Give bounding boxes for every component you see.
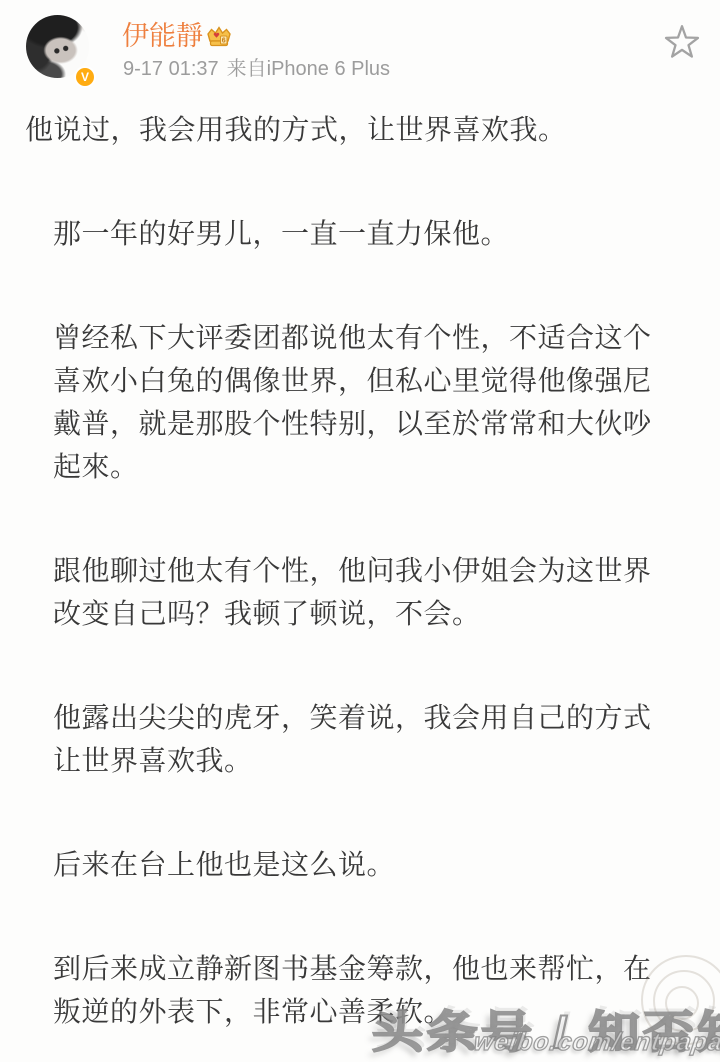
weibo-post-card: V 伊能靜 6 9-17 01:37来自iPhone 6 Plus 他说过，我会…: [0, 0, 720, 1062]
verified-v-icon: V: [74, 66, 96, 88]
favorite-star-icon[interactable]: [661, 21, 703, 63]
vip-crown-icon: 6: [206, 25, 232, 49]
post-header: V 伊能靜 6 9-17 01:37来自iPhone 6 Plus: [0, 0, 720, 108]
paragraph: 曾经私下大评委团都说他太有个性，不适合这个 喜欢小白兔的偶像世界，但私心里觉得他…: [53, 316, 690, 488]
timestamp: 9-17 01:37: [123, 58, 219, 80]
paragraph: 那一年的好男儿，一直一直力保他。: [53, 212, 690, 255]
paragraph: 跟他聊过他太有个性，他问我小伊姐会为这世界 改变自己吗？我顿了顿说，不会。: [53, 549, 690, 635]
paragraph: 后来在台上他也是这么说。: [53, 843, 690, 886]
paragraph: 他说过，我会用我的方式，让世界喜欢我。: [25, 108, 690, 151]
paragraph: 他露出尖尖的虎牙，笑着说，我会用自己的方式 让世界喜欢我。: [53, 696, 690, 782]
post-text: 他说过，我会用我的方式，让世界喜欢我。 那一年的好男儿，一直一直力保他。 曾经私…: [0, 108, 720, 1033]
vip-level-label: 6: [222, 38, 226, 45]
post-meta: 9-17 01:37来自iPhone 6 Plus: [123, 58, 390, 81]
source-device: 来自iPhone 6 Plus: [227, 58, 390, 80]
paragraph: 到后来成立静新图书基金筹款，他也来帮忙，在 叛逆的外表下，非常心善柔软。: [53, 947, 690, 1033]
verified-v-label: V: [81, 70, 89, 84]
username[interactable]: 伊能靜: [122, 21, 203, 51]
